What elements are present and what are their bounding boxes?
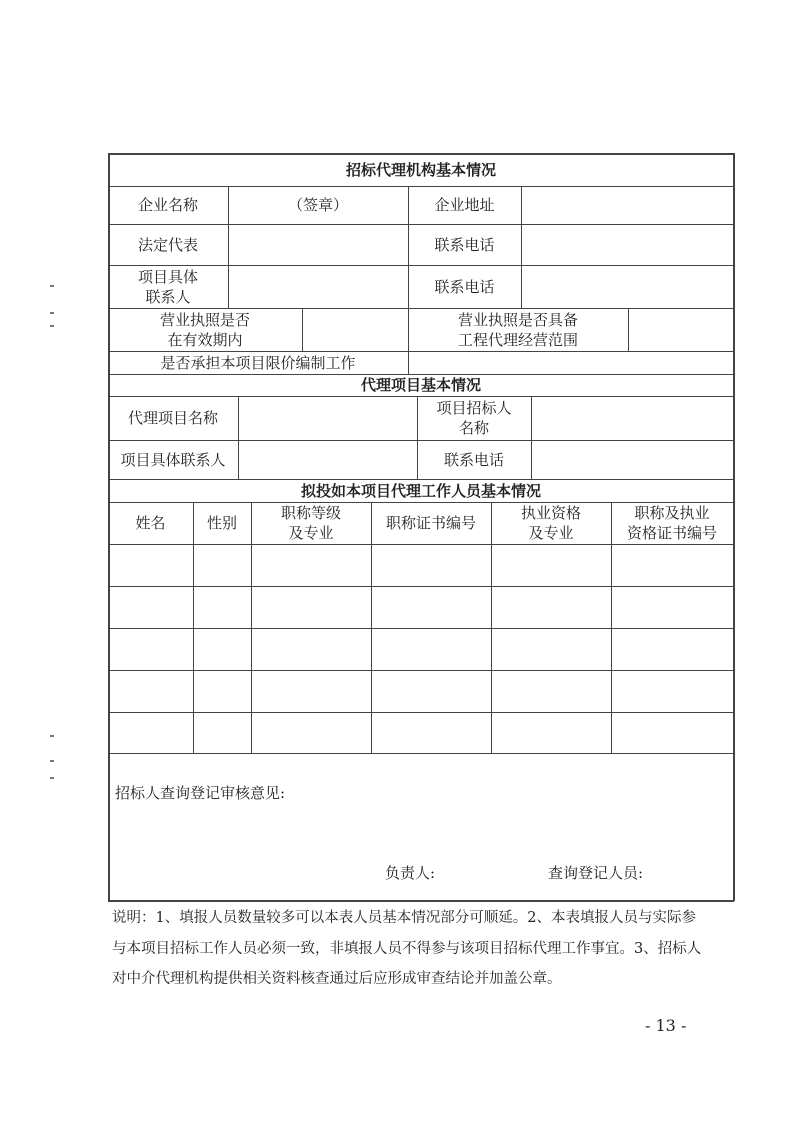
scan-mark: [50, 777, 54, 779]
col-header-line: 及专业: [528, 523, 573, 543]
contact-label: 项目具体 联系人: [108, 265, 228, 308]
scan-mark: [50, 312, 54, 314]
notes-line-1: 说明：1、填报人员数量较多可以本表人员基本情况部分可顺延。2、本表填报人员与实际…: [112, 903, 742, 933]
scan-mark: [50, 735, 54, 737]
page-number: - 13 -: [645, 1016, 686, 1035]
license-scope-line2: 工程代理经营范围: [458, 330, 578, 350]
project-phone-field[interactable]: [531, 440, 733, 479]
col-header-line: 职称等级: [281, 503, 341, 523]
license-scope-field[interactable]: [628, 308, 733, 351]
table-row[interactable]: [109, 713, 733, 753]
section-title-project: 代理项目基本情况: [108, 374, 734, 396]
phone-label-2: 联系电话: [408, 265, 521, 308]
limit-price-label: 是否承担本项目限价编制工作: [108, 351, 408, 374]
license-valid-field[interactable]: [302, 308, 408, 351]
col-header-qualification: 执业资格 及专业: [491, 502, 611, 544]
contact-label-line2: 联系人: [145, 287, 190, 307]
table-row[interactable]: [109, 671, 733, 712]
legal-rep-label: 法定代表: [108, 224, 228, 265]
project-phone-label: 联系电话: [417, 440, 531, 479]
col-header-line: 执业资格: [521, 503, 581, 523]
col-header-gender: 性别: [193, 502, 251, 544]
col-header-line: 职称及执业: [634, 503, 709, 523]
tenderer-label: 项目招标人 名称: [417, 396, 531, 440]
col-header-line: 职称证书编号: [386, 513, 476, 533]
tenderer-label-line1: 项目招标人: [436, 398, 511, 418]
project-name-label: 代理项目名称: [108, 396, 238, 440]
section-title-agency: 招标代理机构基本情况: [108, 153, 734, 186]
company-address-label: 企业地址: [408, 186, 521, 224]
review-opinion-label: 招标人查询登记审核意见:: [115, 782, 285, 803]
license-valid-label: 营业执照是否 在有效期内: [108, 308, 302, 351]
limit-price-field[interactable]: [408, 351, 733, 374]
license-valid-line1: 营业执照是否: [160, 310, 250, 330]
tenderer-label-line2: 名称: [459, 418, 489, 438]
project-name-field[interactable]: [238, 396, 417, 440]
project-contact-label: 项目具体联系人: [108, 440, 238, 479]
phone-field-2[interactable]: [521, 265, 733, 308]
registrar-label: 查询登记人员:: [548, 862, 643, 883]
scan-mark: [50, 760, 54, 762]
review-opinion-field[interactable]: [109, 805, 733, 855]
company-address-field[interactable]: [521, 186, 733, 224]
col-header-title-cert: 职称证书编号: [371, 502, 491, 544]
phone-field-1[interactable]: [521, 224, 733, 265]
license-valid-line2: 在有效期内: [167, 330, 242, 350]
contact-field[interactable]: [228, 265, 408, 308]
scan-mark: [50, 285, 54, 287]
col-header-line: 资格证书编号: [627, 523, 717, 543]
contact-label-line1: 项目具体: [138, 267, 198, 287]
notes-line-2: 与本项目招标工作人员必须一致，非填报人员不得参与该项目招标代理工作事宜。3、招标…: [112, 934, 742, 964]
license-scope-line1: 营业执照是否具备: [458, 310, 578, 330]
table-row[interactable]: [109, 545, 733, 586]
project-contact-field[interactable]: [238, 440, 417, 479]
table-row[interactable]: [109, 587, 733, 628]
col-header-title-level: 职称等级 及专业: [251, 502, 371, 544]
scan-mark: [50, 325, 54, 327]
col-header-line: 性别: [207, 513, 237, 533]
legal-rep-field[interactable]: [228, 224, 408, 265]
col-header-cert-number: 职称及执业 资格证书编号: [611, 502, 733, 544]
phone-label-1: 联系电话: [408, 224, 521, 265]
section-title-staff: 拟投如本项目代理工作人员基本情况: [108, 479, 734, 502]
company-name-label: 企业名称: [108, 186, 228, 224]
col-header-line: 及专业: [288, 523, 333, 543]
table-row[interactable]: [109, 629, 733, 670]
company-name-field[interactable]: （签章）: [228, 186, 408, 224]
notes-line-3: 对中介代理机构提供相关资料核查通过后应形成审查结论并加盖公章。: [112, 964, 742, 994]
col-header-line: 姓名: [135, 513, 165, 533]
col-header-name: 姓名: [108, 502, 193, 544]
tenderer-field[interactable]: [531, 396, 733, 440]
license-scope-label: 营业执照是否具备 工程代理经营范围: [408, 308, 628, 351]
responsible-label: 负责人:: [385, 862, 435, 883]
